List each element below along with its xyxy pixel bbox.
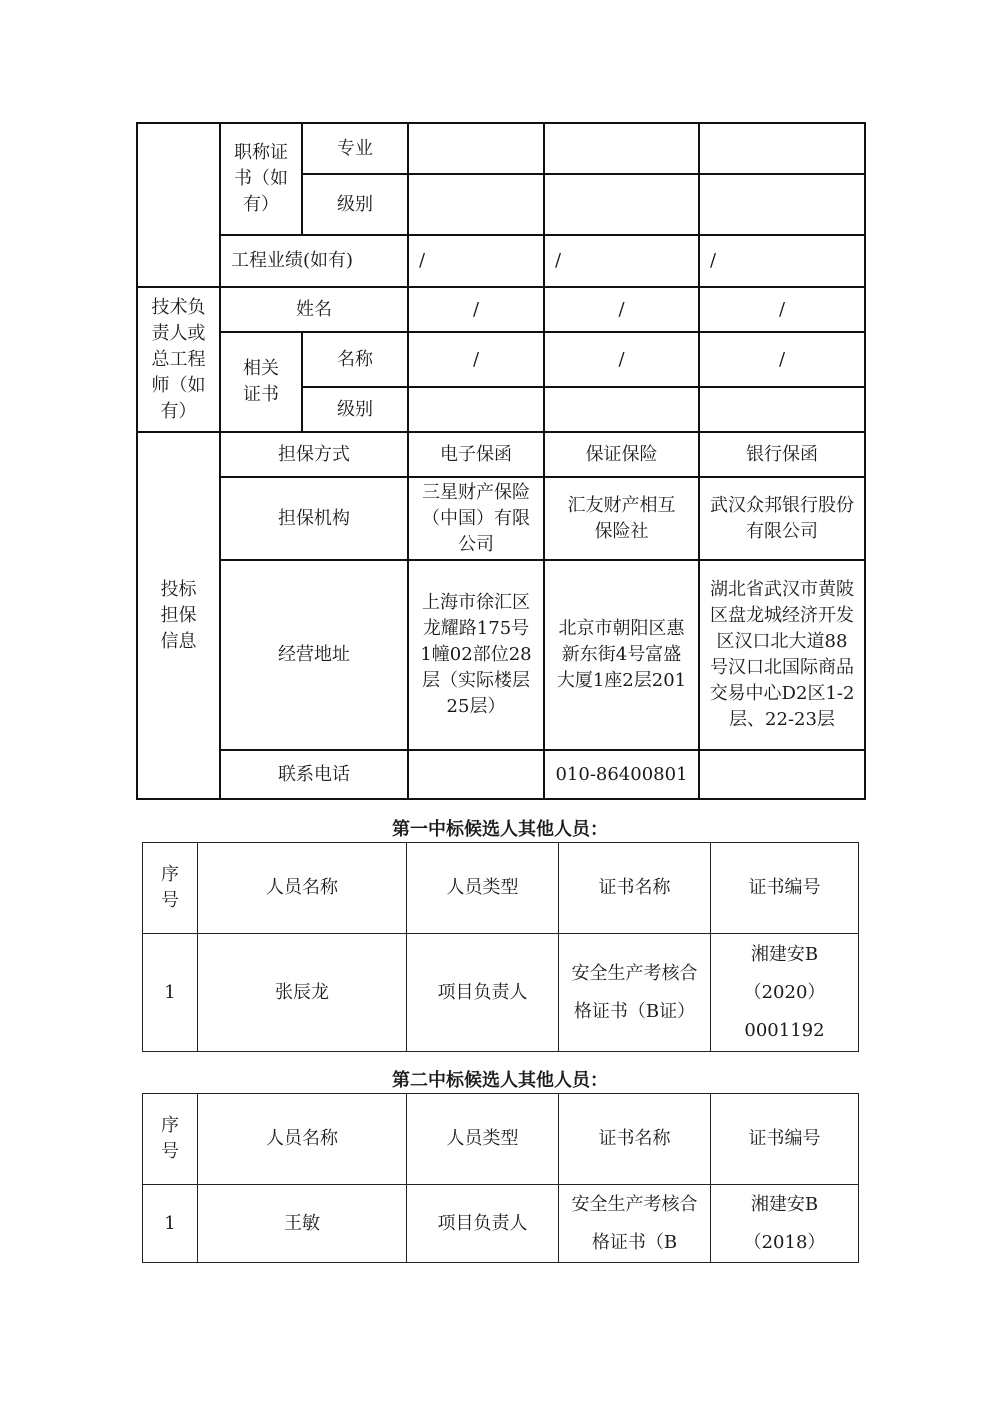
first-candidate-table: 序号 人员名称 人员类型 证书名称 证书编号 1 张辰龙 项目负责人 安全生产考… bbox=[142, 842, 859, 1052]
method-value: 银行保函 bbox=[699, 432, 865, 477]
institution-value: 武汉众邦银行股份有限公司 bbox=[699, 477, 865, 560]
row-no: 1 bbox=[143, 1185, 198, 1263]
header-cert-no: 证书编号 bbox=[711, 1094, 859, 1185]
header-name: 人员名称 bbox=[198, 1094, 407, 1185]
cert-label: 相关证书 bbox=[220, 332, 302, 432]
empty-group-cell bbox=[137, 123, 220, 287]
level-value bbox=[699, 174, 865, 235]
major-value bbox=[408, 123, 544, 174]
level-value bbox=[544, 174, 699, 235]
level-label: 级别 bbox=[302, 174, 408, 235]
phone-value bbox=[408, 750, 544, 799]
performance-value: / bbox=[544, 235, 699, 287]
guarantee-label: 投标担保信息 bbox=[137, 432, 220, 799]
performance-value: / bbox=[408, 235, 544, 287]
cert-level-value bbox=[544, 387, 699, 432]
address-value: 北京市朝阳区惠新东街4号富盛大厦1座2层201 bbox=[544, 560, 699, 750]
name-value: / bbox=[544, 287, 699, 332]
method-label: 担保方式 bbox=[220, 432, 408, 477]
method-value: 电子保函 bbox=[408, 432, 544, 477]
title-cert-label: 职称证书（如有） bbox=[220, 123, 302, 235]
row-cert-name: 安全生产考核合格证书（B证） bbox=[559, 934, 711, 1052]
header-name: 人员名称 bbox=[198, 843, 407, 934]
second-candidate-caption: 第二中标候选人其他人员： bbox=[0, 1066, 1000, 1092]
address-label: 经营地址 bbox=[220, 560, 408, 750]
row-cert-no: 湘建安B（2018） bbox=[711, 1185, 859, 1263]
table-row: 1 王敏 项目负责人 安全生产考核合格证书（B 湘建安B（2018） bbox=[143, 1185, 859, 1263]
performance-label: 工程业绩(如有) bbox=[220, 235, 408, 287]
phone-value: 010-86400801 bbox=[544, 750, 699, 799]
major-value bbox=[699, 123, 865, 174]
header-cert-no: 证书编号 bbox=[711, 843, 859, 934]
second-candidate-table: 序号 人员名称 人员类型 证书名称 证书编号 1 王敏 项目负责人 安全生产考核… bbox=[142, 1093, 859, 1263]
performance-value: / bbox=[699, 235, 865, 287]
tech-lead-label: 技术负责人或总工程师（如有） bbox=[137, 287, 220, 432]
phone-value bbox=[699, 750, 865, 799]
row-cert-no: 湘建安B（2020）0001192 bbox=[711, 934, 859, 1052]
cert-name-label: 名称 bbox=[302, 332, 408, 387]
bid-info-table: 职称证书（如有） 专业 级别 工程业绩(如有) / / / 技术负责人或总工程师… bbox=[136, 122, 866, 800]
header-no: 序号 bbox=[143, 843, 198, 934]
level-value bbox=[408, 174, 544, 235]
table-row: 1 张辰龙 项目负责人 安全生产考核合格证书（B证） 湘建安B（2020）000… bbox=[143, 934, 859, 1052]
row-cert-name: 安全生产考核合格证书（B bbox=[559, 1185, 711, 1263]
major-label: 专业 bbox=[302, 123, 408, 174]
phone-label: 联系电话 bbox=[220, 750, 408, 799]
cert-name-value: / bbox=[544, 332, 699, 387]
major-value bbox=[544, 123, 699, 174]
address-value: 湖北省武汉市黄陂区盘龙城经济开发区汉口北大道88号汉口北国际商品交易中心D2区1… bbox=[699, 560, 865, 750]
row-no: 1 bbox=[143, 934, 198, 1052]
institution-label: 担保机构 bbox=[220, 477, 408, 560]
name-value: / bbox=[699, 287, 865, 332]
row-type: 项目负责人 bbox=[407, 934, 559, 1052]
address-value: 上海市徐汇区龙耀路175号1幢02部位28层（实际楼层25层） bbox=[408, 560, 544, 750]
first-candidate-caption: 第一中标候选人其他人员： bbox=[0, 815, 1000, 841]
row-name: 王敏 bbox=[198, 1185, 407, 1263]
header-type: 人员类型 bbox=[407, 1094, 559, 1185]
name-value: / bbox=[408, 287, 544, 332]
institution-value: 三星财产保险（中国）有限公司 bbox=[408, 477, 544, 560]
cert-level-value bbox=[408, 387, 544, 432]
header-cert-name: 证书名称 bbox=[559, 1094, 711, 1185]
cert-name-value: / bbox=[408, 332, 544, 387]
row-type: 项目负责人 bbox=[407, 1185, 559, 1263]
cert-level-value bbox=[699, 387, 865, 432]
name-label: 姓名 bbox=[220, 287, 408, 332]
header-type: 人员类型 bbox=[407, 843, 559, 934]
header-cert-name: 证书名称 bbox=[559, 843, 711, 934]
institution-value: 汇友财产相互保险社 bbox=[544, 477, 699, 560]
row-name: 张辰龙 bbox=[198, 934, 407, 1052]
cert-level-label: 级别 bbox=[302, 387, 408, 432]
header-no: 序号 bbox=[143, 1094, 198, 1185]
method-value: 保证保险 bbox=[544, 432, 699, 477]
cert-name-value: / bbox=[699, 332, 865, 387]
